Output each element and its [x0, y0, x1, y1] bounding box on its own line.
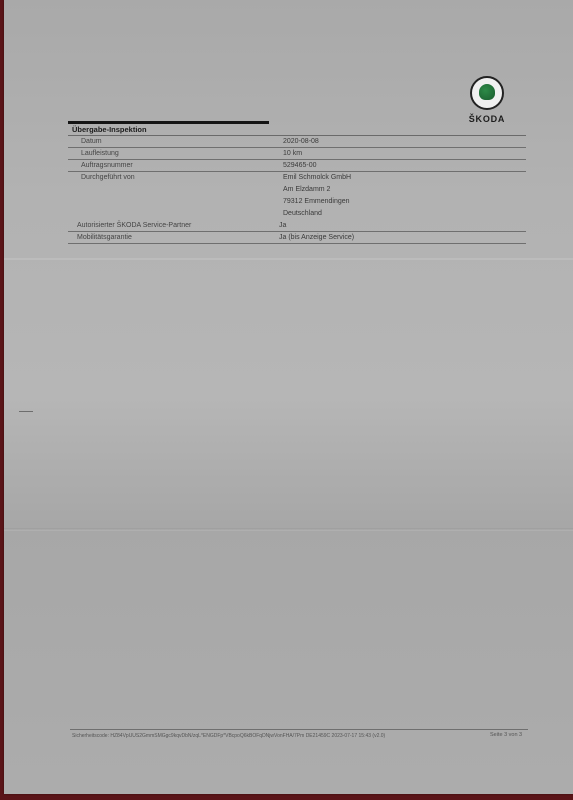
skoda-winged-arrow-icon — [470, 76, 504, 110]
section-title: Übergabe-Inspektion — [68, 124, 526, 136]
row-laufleistung: Laufleistung 10 km — [68, 148, 526, 160]
field-label: Durchgeführt von — [68, 172, 276, 220]
security-code: Sicherheitscode: HZ84VpUUS2GmmSMGgc9kqvD… — [72, 733, 385, 739]
address-line: Am Elzdamm 2 — [283, 184, 526, 196]
brand-name: ŠKODA — [462, 114, 512, 124]
field-label: Mobilitätsgarantie — [68, 232, 272, 243]
row-service-partner: Autorisierter ŠKODA Service-Partner Ja — [68, 220, 526, 232]
brand-logo: ŠKODA — [462, 76, 512, 124]
field-label: Auftragsnummer — [68, 160, 276, 171]
punch-mark — [19, 411, 33, 412]
address-line: 79312 Emmendingen — [283, 196, 526, 208]
footer-divider — [70, 729, 528, 730]
field-value: 529465-00 — [276, 160, 526, 171]
row-auftragsnummer: Auftragsnummer 529465-00 — [68, 160, 526, 172]
row-durchgefuehrt-von: Durchgeführt von Emil Schmolck GmbH Am E… — [68, 172, 526, 220]
row-datum: Datum 2020-08-08 — [68, 136, 526, 148]
field-value: 2020-08-08 — [276, 136, 526, 147]
paper-fold — [4, 528, 573, 531]
field-value: Ja (bis Anzeige Service) — [272, 232, 526, 243]
field-value-address: Emil Schmolck GmbH Am Elzdamm 2 79312 Em… — [276, 172, 526, 220]
address-line: Emil Schmolck GmbH — [283, 172, 526, 184]
field-label: Datum — [68, 136, 276, 147]
inspection-section: Übergabe-Inspektion Datum 2020-08-08 Lau… — [68, 124, 526, 244]
field-label: Laufleistung — [68, 148, 276, 159]
row-mobilitaetsgarantie: Mobilitätsgarantie Ja (bis Anzeige Servi… — [68, 232, 526, 244]
address-line: Deutschland — [283, 208, 526, 220]
page-number: Seite 3 von 3 — [490, 732, 522, 738]
field-value: Ja — [272, 220, 526, 231]
field-label: Autorisierter ŠKODA Service-Partner — [68, 220, 272, 231]
field-value: 10 km — [276, 148, 526, 159]
paper-fold — [4, 258, 573, 260]
